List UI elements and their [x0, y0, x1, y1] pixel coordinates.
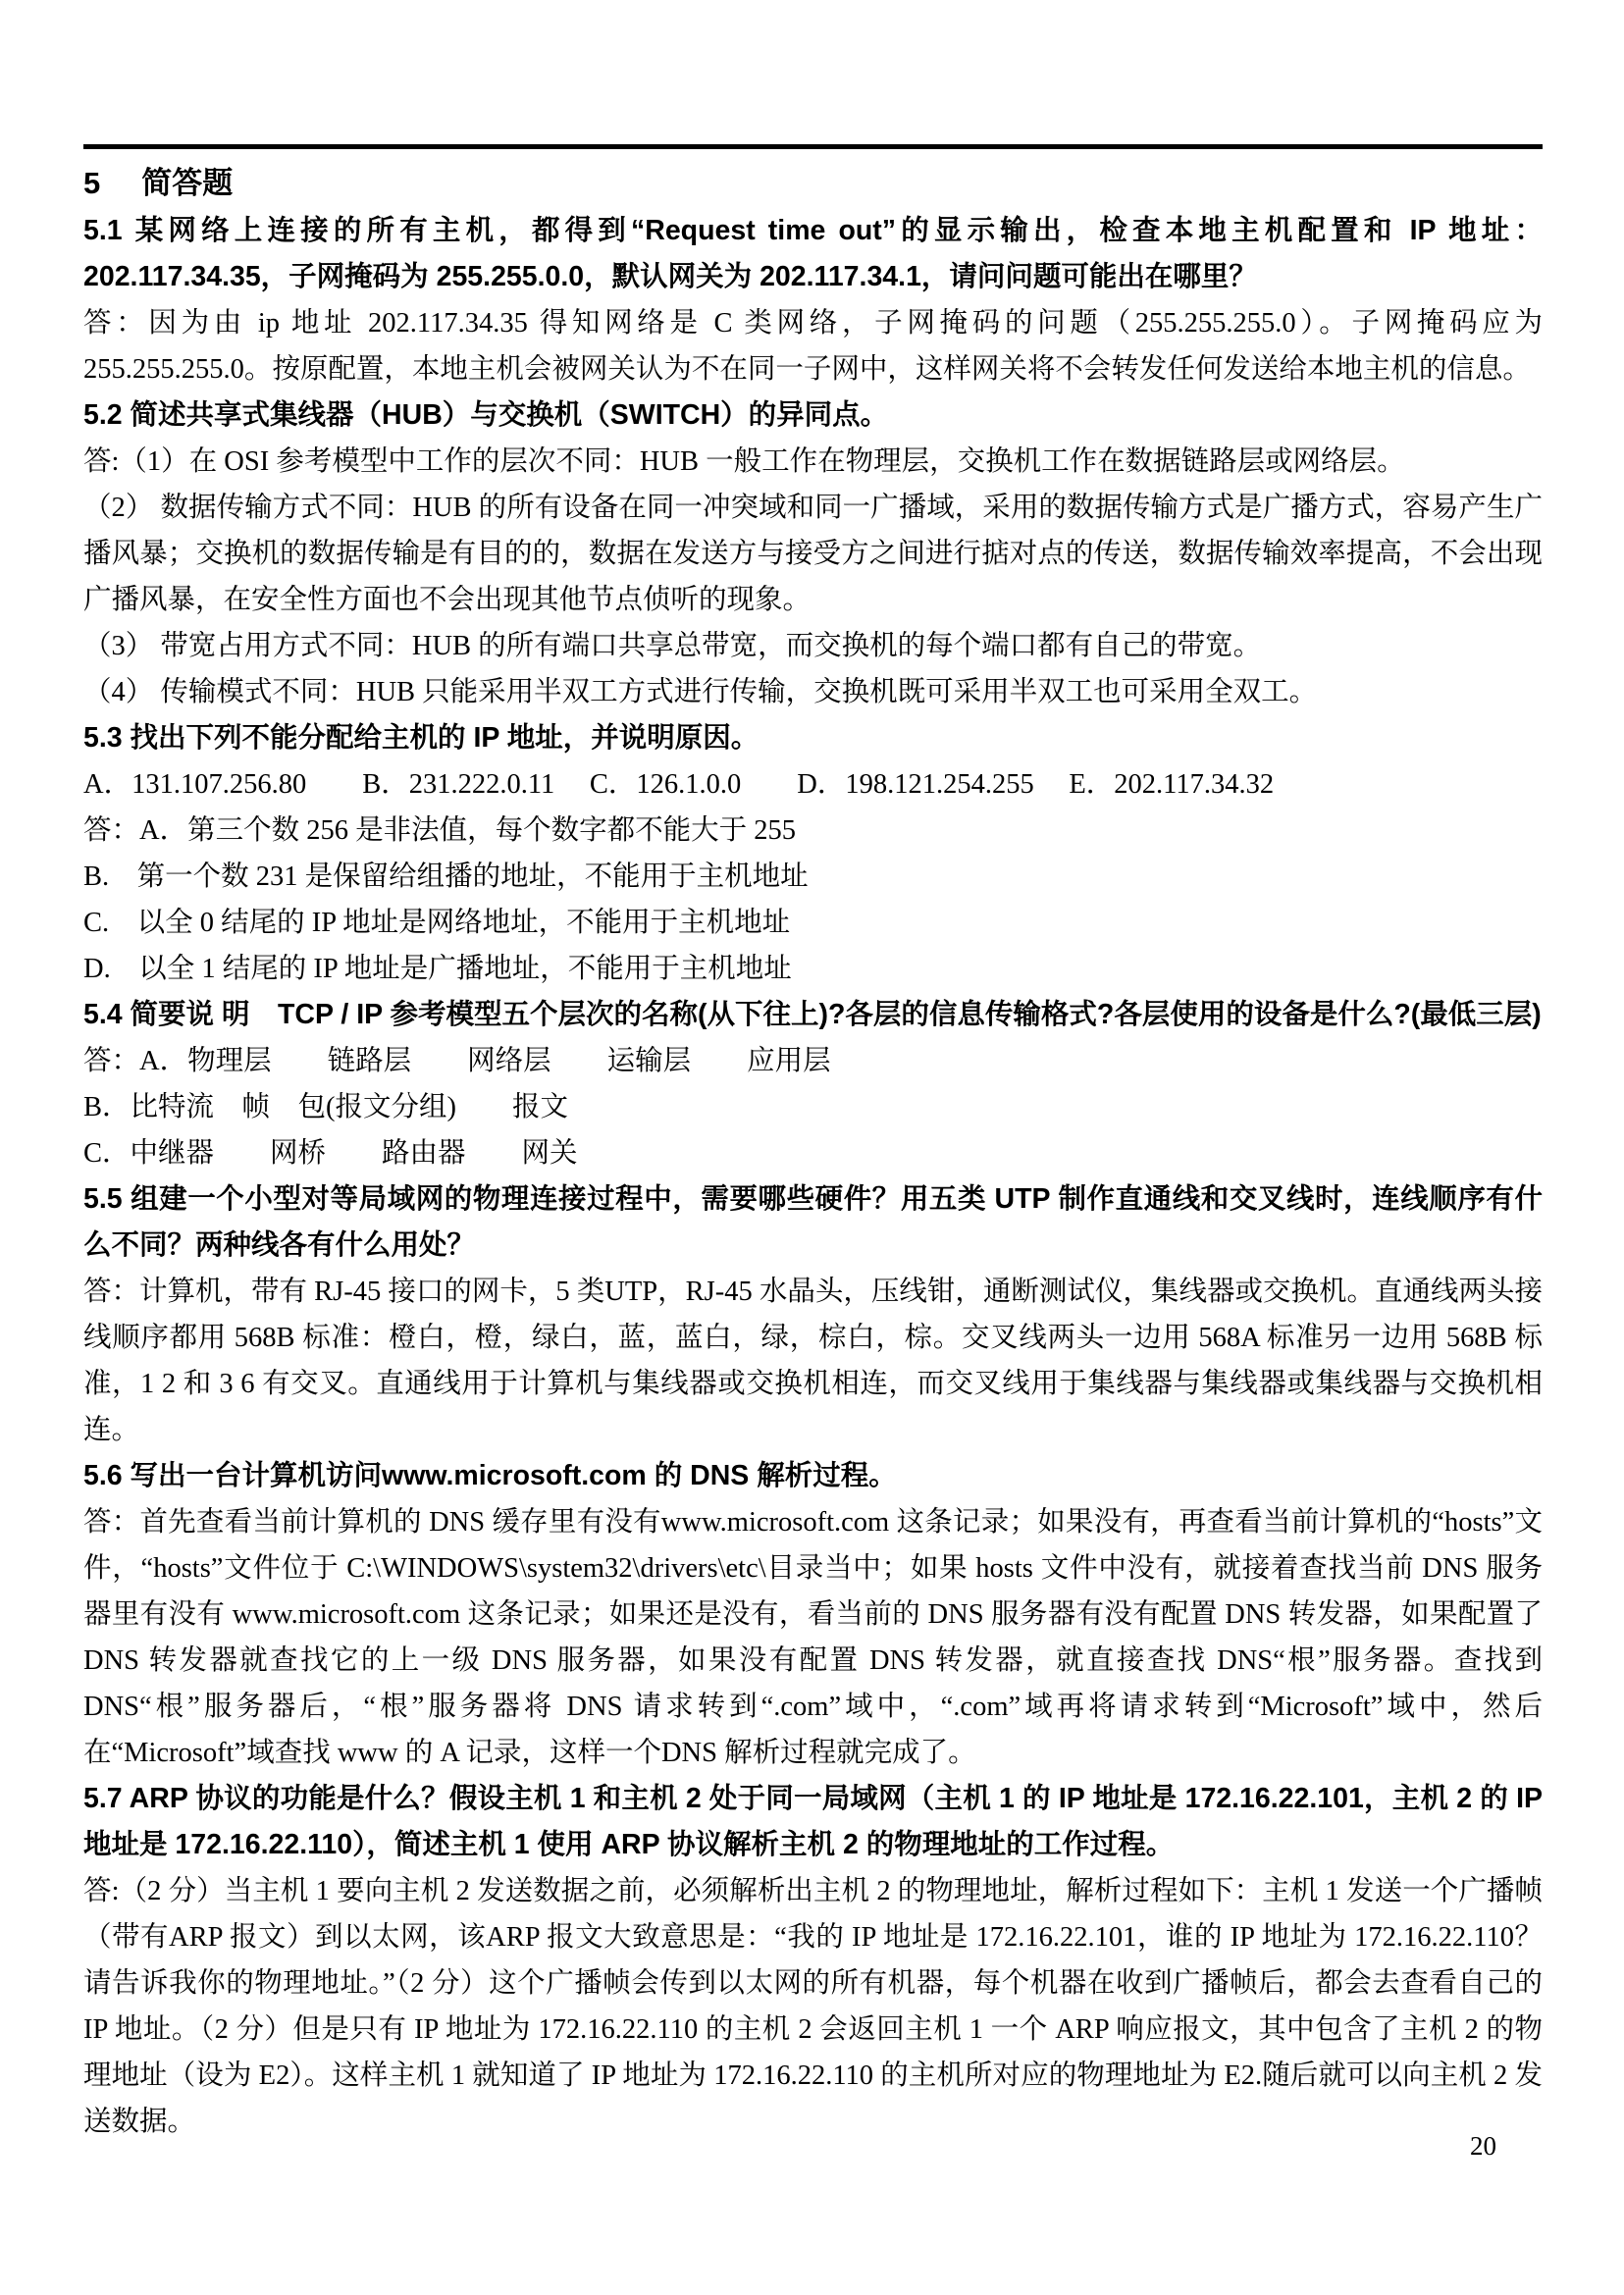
- section-number: 5: [83, 166, 100, 200]
- section-title: 5简答题: [83, 159, 1543, 208]
- question-heading: 5.1 某网络上连接的所有主机，都得到“Request time out”的显示…: [83, 208, 1543, 300]
- document-page: 5简答题 5.1 某网络上连接的所有主机，都得到“Request time ou…: [0, 0, 1624, 2295]
- page-number: 20: [1470, 2131, 1496, 2162]
- answer-paragraph: 答：因为由 ip 地址 202.117.34.35 得知网络是 C 类网络，子网…: [83, 300, 1543, 392]
- question-heading: 5.4 简要说 明 TCP / IP 参考模型五个层次的名称(从下往上)?各层的…: [83, 992, 1543, 1038]
- answer-paragraph: B．比特流 帧 包(报文分组) 报文: [83, 1084, 1543, 1130]
- answer-paragraph: 答:（1）在 OSI 参考模型中工作的层次不同：HUB 一般工作在物理层，交换机…: [83, 439, 1543, 485]
- question-heading: 5.5 组建一个小型对等局域网的物理连接过程中，需要哪些硬件？用五类 UTP 制…: [83, 1176, 1543, 1269]
- answer-paragraph: 答:（2 分）当主机 1 要向主机 2 发送数据之前，必须解析出主机 2 的物理…: [83, 1868, 1543, 2145]
- document-body: 5.1 某网络上连接的所有主机，都得到“Request time out”的显示…: [83, 208, 1543, 2145]
- answer-paragraph: C. 以全 0 结尾的 IP 地址是网络地址，不能用于主机地址: [83, 900, 1543, 946]
- answer-paragraph: C．中继器 网桥 路由器 网关: [83, 1130, 1543, 1176]
- question-heading: 5.7 ARP 协议的功能是什么？假设主机 1 和主机 2 处于同一局域网（主机…: [83, 1776, 1543, 1868]
- question-heading: 5.6 写出一台计算机访问www.microsoft.com 的 DNS 解析过…: [83, 1453, 1543, 1499]
- question-heading: 5.3 找出下列不能分配给主机的 IP 地址，并说明原因。: [83, 715, 1543, 761]
- answer-paragraph: （4） 传输模式不同：HUB 只能采用半双工方式进行传输，交换机既可采用半双工也…: [83, 669, 1543, 715]
- question-heading: 5.2 简述共享式集线器（HUB）与交换机（SWITCH）的异同点。: [83, 392, 1543, 439]
- answer-paragraph: 答：A．第三个数 256 是非法值，每个数字都不能大于 255: [83, 808, 1543, 854]
- document-content: 5简答题 5.1 某网络上连接的所有主机，都得到“Request time ou…: [83, 144, 1543, 2145]
- answer-paragraph: （2） 数据传输方式不同：HUB 的所有设备在同一冲突域和同一广播域，采用的数据…: [83, 485, 1543, 623]
- answer-paragraph: 答：计算机，带有 RJ-45 接口的网卡，5 类UTP，RJ-45 水晶头，压线…: [83, 1269, 1543, 1453]
- answer-paragraph: A．131.107.256.80 B．231.222.0.11 C．126.1.…: [83, 761, 1543, 808]
- answer-paragraph: D. 以全 1 结尾的 IP 地址是广播地址，不能用于主机地址: [83, 946, 1543, 992]
- answer-paragraph: 答：首先查看当前计算机的 DNS 缓存里有没有www.microsoft.com…: [83, 1499, 1543, 1776]
- answer-paragraph: （3） 带宽占用方式不同：HUB 的所有端口共享总带宽，而交换机的每个端口都有自…: [83, 623, 1543, 669]
- section-title-text: 简答题: [141, 166, 233, 200]
- answer-paragraph: 答：A．物理层 链路层 网络层 运输层 应用层: [83, 1038, 1543, 1084]
- top-rule-divider: [83, 144, 1543, 149]
- answer-paragraph: B. 第一个数 231 是保留给组播的地址，不能用于主机地址: [83, 854, 1543, 900]
